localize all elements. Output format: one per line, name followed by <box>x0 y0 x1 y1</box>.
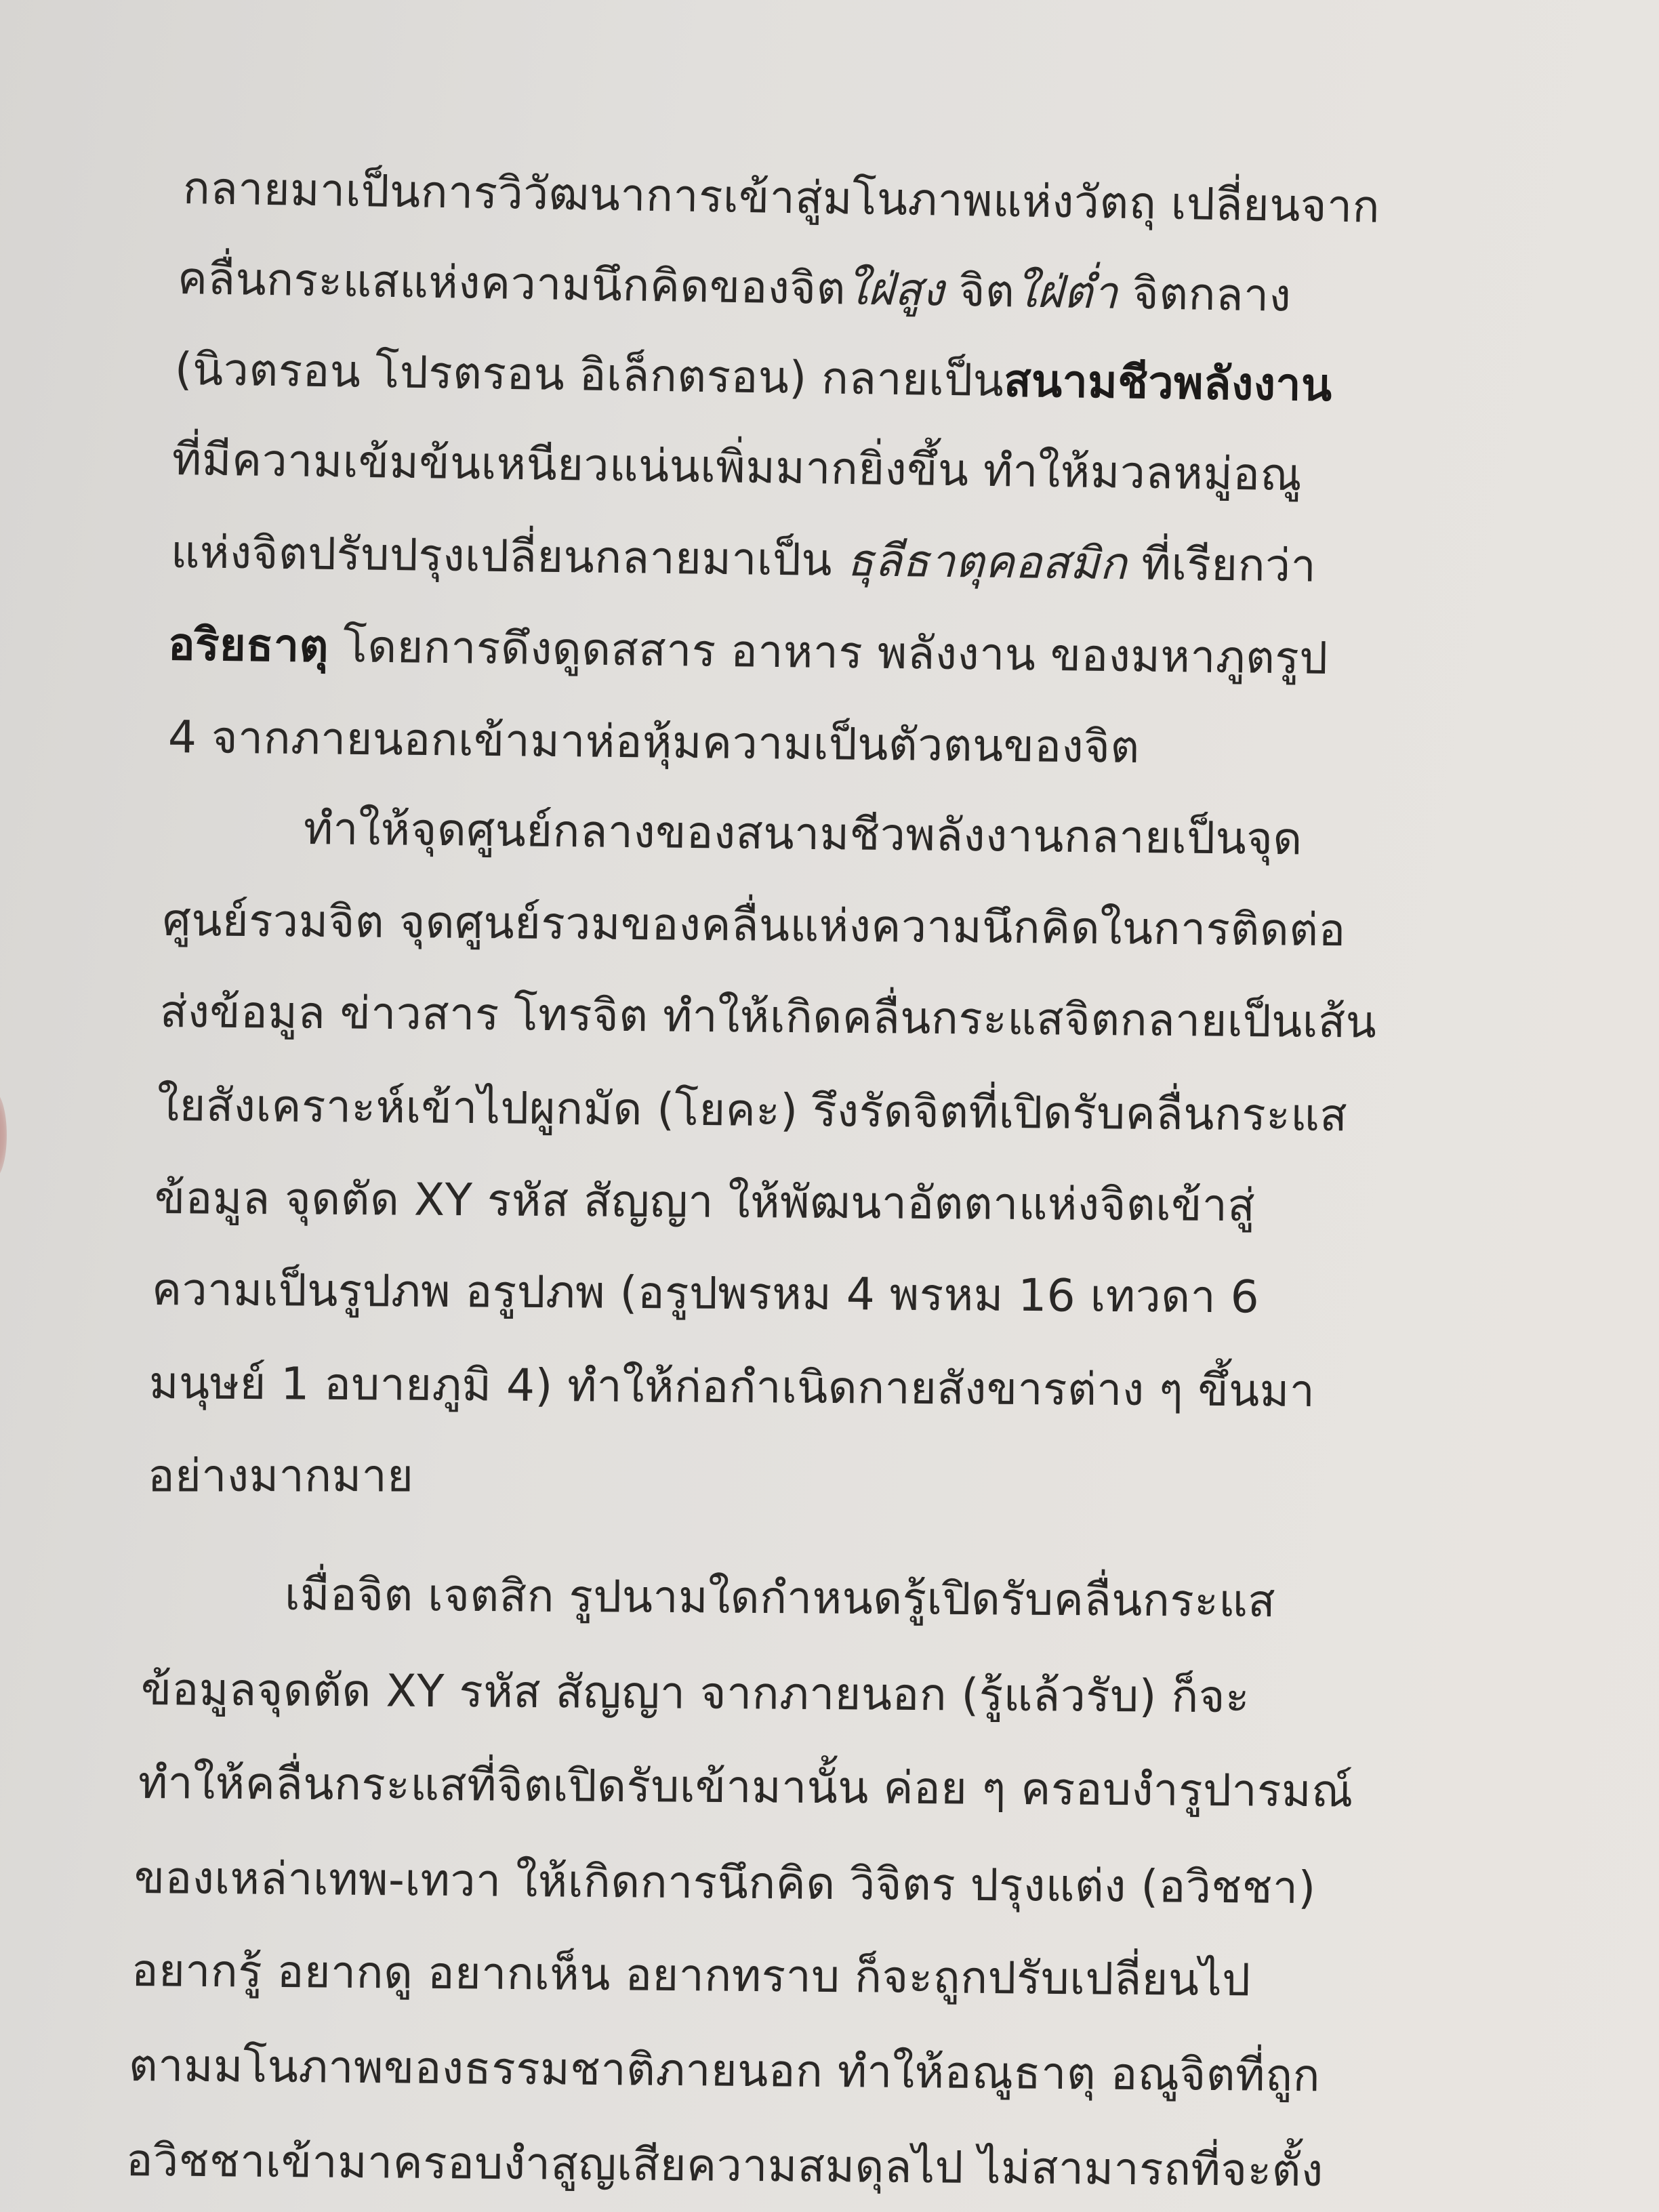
text-segment-italic: ใฝ่สูง <box>845 262 945 316</box>
text-line: ของเหล่าเทพ-เทวา ให้เกิดการนึกคิด วิจิตร… <box>134 1842 1317 1923</box>
page-text: กลายมาเป็นการวิวัฒนาการเข้าสู่มโนภาพแห่ง… <box>0 0 1659 2212</box>
text-segment: อย่างมากมาย <box>148 1450 413 1502</box>
text-line: 4 จากภายนอกเข้ามาห่อหุ้มความเป็นตัวตนของ… <box>167 701 1140 783</box>
text-segment: ศูนย์รวมจิต จุดศูนย์รวมของคลื่นแห่งความน… <box>163 894 1346 956</box>
text-line: อยากรู้ อยากดู อยากเห็น อยากทราบ ก็จะถูก… <box>131 1935 1252 2015</box>
text-line: ส่งข้อมูล ข่าวสาร โทรจิต ทำให้เกิดคลื่นก… <box>160 976 1377 1058</box>
text-line: กลายมาเป็นการวิวัฒนาการเข้าสู่มโนภาพแห่ง… <box>182 152 1511 245</box>
text-line: ความเป็นรูปภพ อรูปภพ (อรูปพรหม 4 พรหม 16… <box>152 1254 1260 1332</box>
text-line: ตามมโนภาพของธรรมชาติภายนอก ทำให้อณูธาตุ … <box>129 2030 1321 2111</box>
text-segment: โดยการดึงดูดสสาร อาหาร พลังงาน ของมหาภูต… <box>328 620 1328 684</box>
text-segment: 4 จากภายนอกเข้ามาห่อหุ้มความเป็นตัวตนของ… <box>168 711 1141 773</box>
text-line: มนุษย์ 1 อบายภูมิ 4) ทำให้ก่อกำเนิดกายสั… <box>149 1347 1315 1427</box>
text-line: ทำให้คลื่นกระแสที่จิตเปิดรับเข้ามานั้น ค… <box>138 1747 1353 1827</box>
text-segment: จิต <box>944 264 1015 318</box>
text-line: ใยสังเคราะห์เข้าไปผูกมัด (โยคะ) รึงรัดจิ… <box>157 1069 1348 1151</box>
text-line: คลื่นกระแสแห่งความนึกคิดของจิตใฝ่สูง จิต… <box>177 243 1513 335</box>
text-line: เมื่อจิต เจตสิก รูปนามใดกำหนดรู้เปิดรับค… <box>285 1559 1276 1637</box>
text-segment: ทำให้จุดศูนย์กลางของสนามชีวพลังงานกลายเป… <box>304 802 1303 865</box>
text-segment: อวิชชาเข้ามาครอบงำสูญเสียความสมดุลไป ไม่… <box>126 2134 1324 2196</box>
text-segment: ข้อมูล จุดตัด XY รหัส สัญญา ให้พัฒนาอัตต… <box>155 1172 1256 1231</box>
text-segment: ของเหล่าเทพ-เทวา ให้เกิดการนึกคิด วิจิตร… <box>134 1851 1316 1914</box>
text-line: ข้อมูลจุดตัด XY รหัส สัญญา จากภายนอก (รู… <box>141 1654 1250 1732</box>
text-line: อย่างมากมาย <box>148 1440 413 1511</box>
text-segment: อยากรู้ อยากดู อยากเห็น อยากทราบ ก็จะถูก… <box>131 1944 1251 2006</box>
text-segment: แห่งจิตปรับปรุงเปลี่ยนกลายมาเป็น <box>171 526 847 586</box>
text-segment: กลายมาเป็นการวิวัฒนาการเข้าสู่มโนภาพแห่ง… <box>182 162 1380 233</box>
text-segment-italic: ธุลีธาตุคอสมิก <box>846 534 1127 590</box>
text-segment: ข้อมูลจุดตัด XY รหัส สัญญา จากภายนอก (รู… <box>141 1663 1250 1723</box>
text-segment: ที่มีความเข้มข้นเหนียวแน่นเพิ่มมากยิ่งขึ… <box>171 433 1302 501</box>
text-line: อวิชชาเข้ามาครอบงำสูญเสียความสมดุลไป ไม่… <box>126 2125 1324 2206</box>
text-line: ทำให้จุดศูนย์กลางของสนามชีวพลังงานกลายเป… <box>303 793 1303 874</box>
text-segment: ที่เรียกว่า <box>1126 537 1316 592</box>
text-segment-italic: ใฝ่ต่ำ <box>1015 265 1119 319</box>
text-line: ศูนย์รวมจิต จุดศูนย์รวมของคลื่นแห่งความน… <box>163 884 1347 966</box>
text-segment: คลื่นกระแสแห่งความนึกคิดของจิต <box>177 252 846 314</box>
text-segment: มนุษย์ 1 อบายภูมิ 4) ทำให้ก่อกำเนิดกายสั… <box>149 1357 1315 1417</box>
text-segment: ใยสังเคราะห์เข้าไปผูกมัด (โยคะ) รึงรัดจิ… <box>157 1079 1348 1141</box>
text-line: ที่มีความเข้มข้นเหนียวแน่นเพิ่มมากยิ่งขึ… <box>171 424 1507 513</box>
text-line: อริยธาตุ โดยการดึงดูดสสาร อาหาร พลังงาน … <box>167 609 1496 696</box>
text-segment: ทำให้คลื่นกระแสที่จิตเปิดรับเข้ามานั้น ค… <box>138 1757 1353 1818</box>
text-segment-bold: อริยธาตุ <box>168 618 329 672</box>
text-segment: จิตกลาง <box>1118 267 1292 322</box>
text-line: แห่งจิตปรับปรุงเปลี่ยนกลายมาเป็น ธุลีธาต… <box>170 516 1506 604</box>
text-segment-bold: สนามชีวพลังงาน <box>1004 354 1332 411</box>
text-segment: ความเป็นรูปภพ อรูปภพ (อรูปพรหม 4 พรหม 16… <box>152 1263 1260 1323</box>
text-segment: เมื่อจิต เจตสิก รูปนามใดกำหนดรู้เปิดรับค… <box>285 1568 1276 1627</box>
text-segment: (นิวตรอน โปรตรอน อิเล็กตรอน) กลายเป็น <box>174 343 1004 407</box>
book-page: กลายมาเป็นการวิวัฒนาการเข้าสู่มโนภาพแห่ง… <box>0 0 1659 2212</box>
text-line: (นิวตรอน โปรตรอน อิเล็กตรอน) กลายเป็นสนา… <box>174 333 1510 423</box>
text-segment: ตามมโนภาพของธรรมชาติภายนอก ทำให้อณูธาตุ … <box>129 2039 1321 2102</box>
text-segment: ส่งข้อมูล ข่าวสาร โทรจิต ทำให้เกิดคลื่นก… <box>160 985 1377 1048</box>
text-line: ข้อมูล จุดตัด XY รหัส สัญญา ให้พัฒนาอัตต… <box>155 1162 1256 1241</box>
